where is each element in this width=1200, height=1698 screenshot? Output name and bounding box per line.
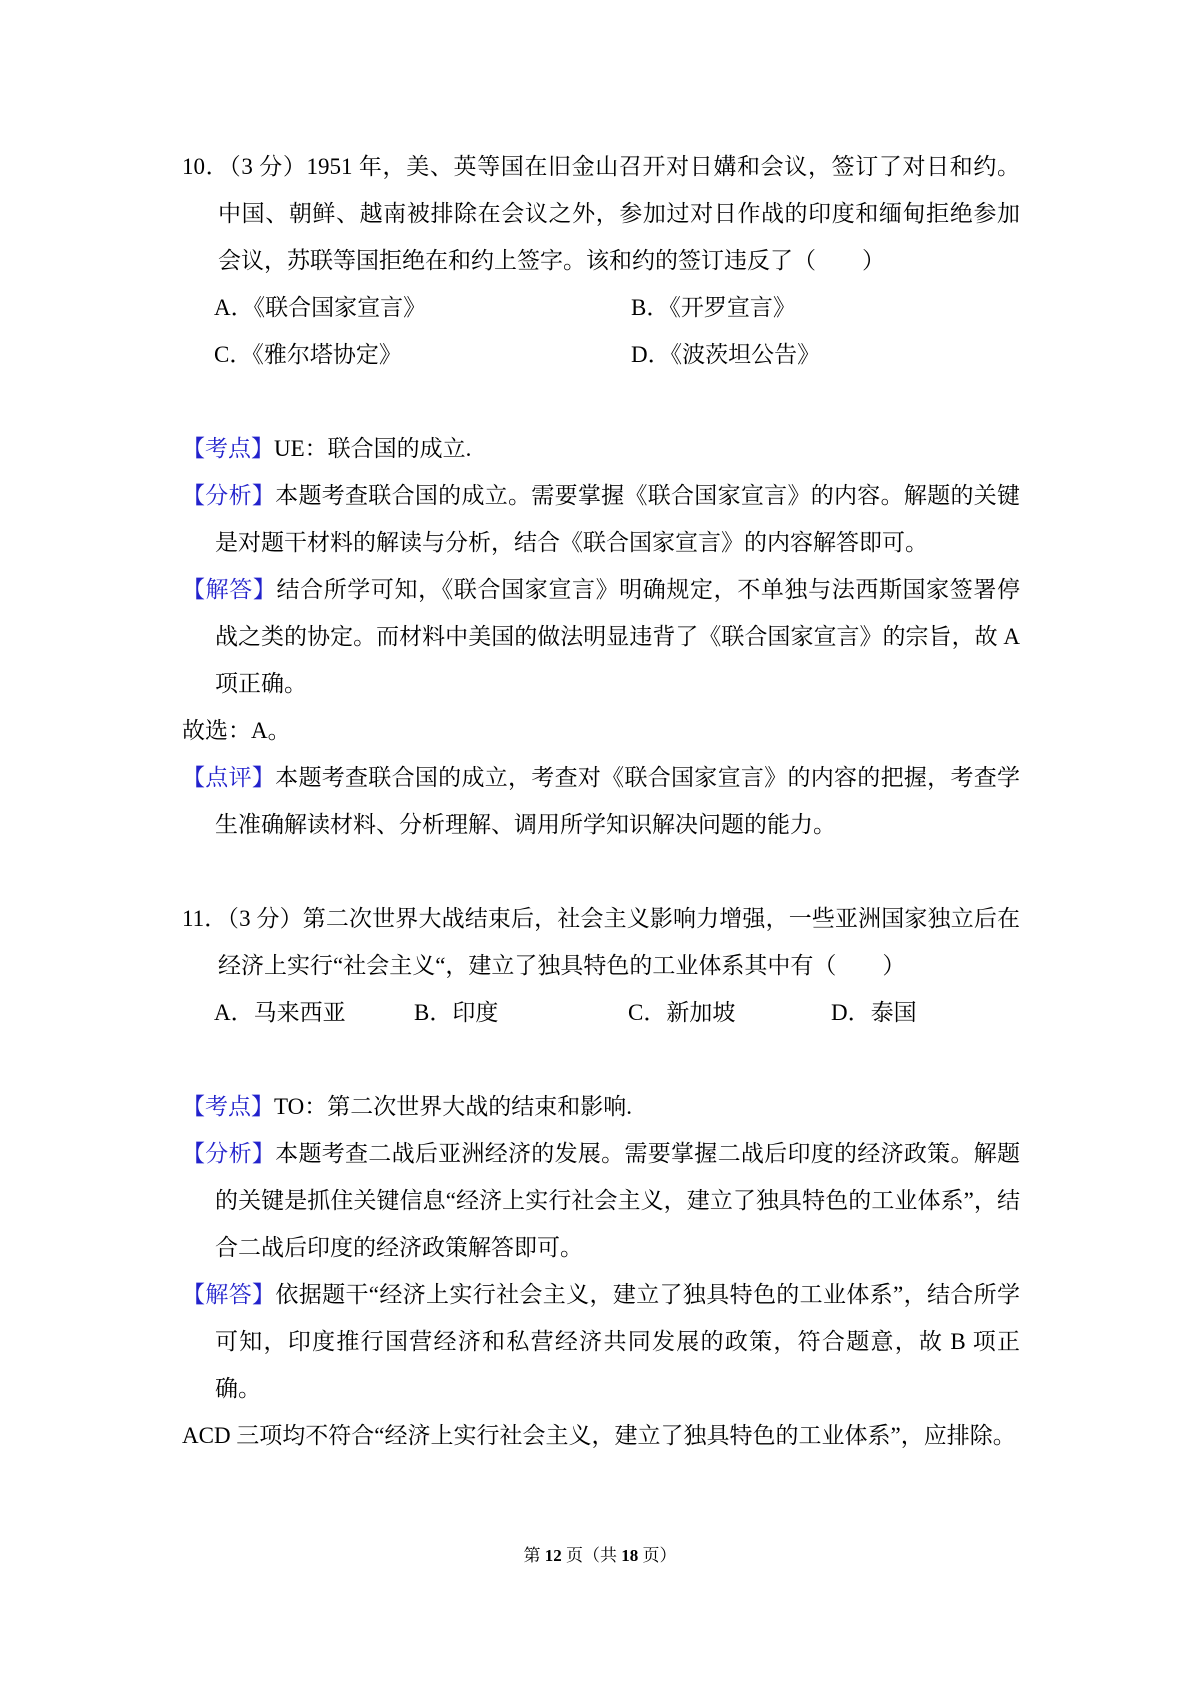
total-pages: 18: [621, 1546, 638, 1565]
page-content: 10．（3 分）1951 年，美、英等国在旧金山召开对日媾和会议，签订了对日和约…: [182, 143, 1020, 1506]
question-10-exam-point-section: 【考点】UE：联合国的成立.: [182, 425, 1020, 472]
answer-label: 【解答】: [182, 577, 276, 602]
page-number: 12: [545, 1546, 562, 1565]
answer-label: 【解答】: [182, 1282, 275, 1307]
question-10-analysis-section: 【分析】本题考查联合国的成立。需要掌握《联合国家宣言》的内容。解题的关键是对题干…: [182, 472, 1020, 566]
footer-suffix: 页）: [638, 1546, 676, 1565]
analysis-text: 本题考查二战后亚洲经济的发展。需要掌握二战后印度的经济政策。解题的关键是抓住关键…: [215, 1141, 1020, 1260]
answer-text: 依据题干“经济上实行社会主义，建立了独具特色的工业体系”，结合所学可知，印度推行…: [215, 1282, 1020, 1401]
footer-prefix: 第: [524, 1546, 545, 1565]
question-10-answer-section: 【解答】结合所学可知，《联合国家宣言》明确规定，不单独与法西斯国家签署停战之类的…: [182, 566, 1020, 707]
analysis-text: 本题考查联合国的成立。需要掌握《联合国家宣言》的内容。解题的关键是对题干材料的解…: [215, 483, 1020, 555]
question-10-block: 10．（3 分）1951 年，美、英等国在旧金山召开对日媾和会议，签订了对日和约…: [182, 143, 1020, 848]
question-10-option-a: A．《联合国家宣言》: [214, 284, 631, 331]
question-10-options: A．《联合国家宣言》 B．《开罗宣言》 C．《雅尔塔协定》 D．《波茨坦公告》: [214, 284, 1020, 378]
question-11-options: A．马来西亚 B．印度 C．新加坡 D．泰国: [214, 989, 1020, 1036]
question-11-option-a: A．马来西亚: [214, 989, 414, 1036]
question-11-elimination-note: ACD 三项均不符合“经济上实行社会主义，建立了独具特色的工业体系”，应排除。: [182, 1412, 1020, 1459]
question-10-comment-section: 【点评】本题考查联合国的成立，考查对《联合国家宣言》的内容的把握，考查学生准确解…: [182, 754, 1020, 848]
question-11-analysis-section: 【分析】本题考查二战后亚洲经济的发展。需要掌握二战后印度的经济政策。解题的关键是…: [182, 1130, 1020, 1271]
exam-point-text: UE：联合国的成立.: [274, 436, 471, 461]
page-footer: 第 12 页（共 18 页）: [0, 1544, 1200, 1568]
comment-text: 本题考查联合国的成立，考查对《联合国家宣言》的内容的把握，考查学生准确解读材料、…: [215, 765, 1020, 837]
question-11-exam-point-section: 【考点】TO：第二次世界大战的结束和影响.: [182, 1083, 1020, 1130]
question-10-answer-choice-line: 故选：A。: [182, 707, 1020, 754]
exam-point-label: 【考点】: [182, 1094, 274, 1119]
footer-middle: 页（共: [562, 1546, 622, 1565]
exam-point-text: TO：第二次世界大战的结束和影响.: [274, 1094, 632, 1119]
question-10-stem: 10．（3 分）1951 年，美、英等国在旧金山召开对日媾和会议，签订了对日和约…: [182, 143, 1020, 284]
question-10-option-b: B．《开罗宣言》: [631, 284, 1020, 331]
question-10-option-c: C．《雅尔塔协定》: [214, 331, 631, 378]
exam-point-label: 【考点】: [182, 436, 274, 461]
comment-label: 【点评】: [182, 765, 275, 790]
question-11-option-b: B．印度: [414, 989, 628, 1036]
question-11-stem: 11．（3 分）第二次世界大战结束后，社会主义影响力增强，一些亚洲国家独立后在经…: [182, 895, 1020, 989]
answer-text: 结合所学可知，《联合国家宣言》明确规定，不单独与法西斯国家签署停战之类的协定。而…: [215, 577, 1020, 696]
exam-answer-page: 10．（3 分）1951 年，美、英等国在旧金山召开对日媾和会议，签订了对日和约…: [0, 0, 1200, 1698]
question-11-block: 11．（3 分）第二次世界大战结束后，社会主义影响力增强，一些亚洲国家独立后在经…: [182, 895, 1020, 1459]
analysis-label: 【分析】: [182, 483, 275, 508]
question-11-option-c: C．新加坡: [628, 989, 831, 1036]
analysis-label: 【分析】: [182, 1141, 275, 1166]
question-10-option-d: D．《波茨坦公告》: [631, 331, 1020, 378]
question-11-answer-section: 【解答】依据题干“经济上实行社会主义，建立了独具特色的工业体系”，结合所学可知，…: [182, 1271, 1020, 1412]
question-11-option-d: D．泰国: [831, 989, 1020, 1036]
